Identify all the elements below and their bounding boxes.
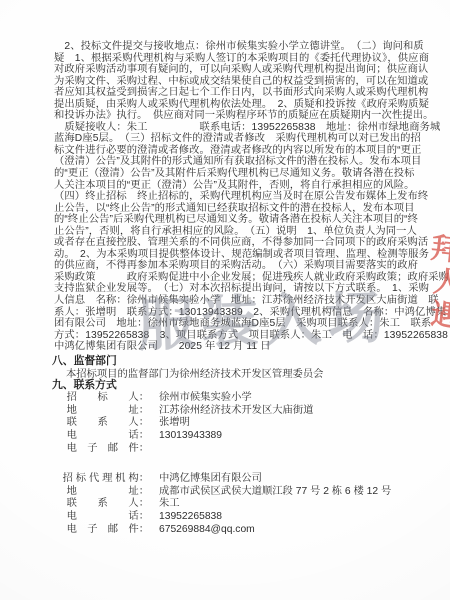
body-text-line: 动。 2、为本采购项目提供整体设计、规范编制或者项目管理、监理、检测等服务	[54, 249, 440, 261]
contact-row: 招 标 人：徐州市候集实验小学	[57, 388, 313, 401]
contact-row: 电 话：13952265838	[57, 507, 391, 520]
body-text-line: 中鸿亿博集团有限公司 2025 年 12 月 11 日	[54, 341, 440, 353]
contact-row: 地 址：成都市武侯区武侯大道顺江段 77 号 2 栋 6 楼 12 号	[57, 482, 391, 495]
scanned-document-page: 2、投标文件提交与接收地点：徐州市候集实验小学立德讲堂。 （二）询问和质疑 1、…	[0, 0, 450, 600]
body-text-line: 团有限公司 地址：徐州市绿地商务城蓝海D座5层 采购项目联系人：朱工 联系	[54, 318, 440, 330]
body-text-line: 系人：张增明 联系方式：13013943389 2、采购代理机构信息 名称：中鸿…	[54, 307, 440, 319]
contact-row: 电 话：13013943389	[57, 426, 313, 439]
body-text-line: 人关注本项目的“更正（澄清）公告”及其附件，否则，将自行承担相应的风险。	[54, 180, 440, 192]
notice-body-paragraph: 2、投标文件提交与接收地点：徐州市候集实验小学立德讲堂。 （二）询问和质疑 1、…	[54, 41, 440, 353]
body-text-line: 人信息 名称：徐州市候集实验小学 地址：江苏徐州经济技术开发区大庙街道 联	[54, 295, 440, 307]
contact-value: 675269884@qq.com	[159, 524, 255, 535]
body-text-line: 采购政策 政府采购促进中小企业发展；促进残疾人就业政府采购政策；政府采购	[54, 272, 440, 284]
body-text-line: 的“终止公告”后采购代理机构已尽通知义务。敬请各潜在投标人关注本项目的“终	[54, 214, 440, 226]
body-text-line: 的“更正（澄清）公告”及其附件后采购代理机构已尽通知义务。敬请各潜在投标	[54, 168, 440, 180]
contact-label: 电 子 邮 件：	[57, 520, 149, 535]
body-text-line: （四）终止招标 终止招标的，采购代理机构应当及时在原公告发布媒体上发布终	[54, 191, 440, 203]
body-text-line: 者应知其权益受到损害之日起七个工作日内，以书面形式向采购人或采购代理机构	[54, 87, 440, 99]
body-text-line: 标文件进行必要的澄清或者修改。澄清或者修改的内容以所发布的本项目的“更正	[54, 145, 440, 157]
body-text-line: 方式：13952265838 3、项目联系方式 项目联系人：朱工 电 话：139…	[54, 330, 440, 342]
agency-contact-block: 招 标 代 理 机 构：中鸿亿博集团有限公司地 址：成都市武侯区武侯大道顺江段 …	[57, 469, 391, 532]
contact-row: 电 子 邮 件：675269884@qq.com	[57, 520, 391, 533]
body-text-line: 支持监狱企业发展等。 （七）对本次招标提出询问，请按以下方式联系。 1、采购	[54, 283, 440, 295]
body-text-line: 止公告”，否则，将自行承担相应的风险。 （五）说明 1、单位负责人为同一人	[54, 226, 440, 238]
body-text-line: （澄清）公告”及其附件的形式通知所有获取招标文件的潜在投标人。发布本项目	[54, 156, 440, 168]
body-text-line: 或者存在直接控股、管理关系的不同供应商，不得参加同一合同项下的政府采购活	[54, 237, 440, 249]
body-text-line: 提出质疑，由采购人或采购代理机构依法处理。 2、质疑和投诉按《政府采购质疑	[54, 99, 440, 111]
body-text-line: 止公告，以“终止公告”的形式通知已经获取招标文件的潜在投标人，发布本项目	[54, 203, 440, 215]
body-text-line: 蓝海D座5层。 （三）招标文件的澄清或者修改 采购代理机构可以对已发出的招	[54, 133, 440, 145]
body-text-line: 的供应商，不得再参加本采购项目的采购活动。 （六）采购项目需要落实的政府	[54, 260, 440, 272]
body-text-line: 为采购文件、采购过程、中标或成交结果使自己的权益受到损害的，可以在知道或	[54, 76, 440, 88]
contact-label: 电 子 邮 件：	[57, 439, 149, 454]
body-text-line: 2、投标文件提交与接收地点：徐州市候集实验小学立德讲堂。 （二）询问和质	[54, 41, 440, 53]
contact-row: 地 址：江苏徐州经济技术开发区大庙街道	[57, 401, 313, 414]
body-text-line: 对政府采购活动事项有疑问的，可以向采购人或采购代理机构提出询问；供应商认	[54, 64, 440, 76]
bidder-contact-block: 招 标 人：徐州市候集实验小学地 址：江苏徐州经济技术开发区大庙街道联 系 人：…	[57, 388, 313, 451]
body-text-line: 疑 1、根据采购代理机构与采购人签订的本采购项目的《委托代理协议》，供应商	[54, 53, 440, 65]
contact-value: 成都市武侯区武侯大道顺江段 77 号 2 栋 6 楼 12 号	[159, 486, 391, 497]
body-text-line: 和投诉办法》执行。 供应商对同一采购程序环节的质疑应在质疑期内一次性提出。	[54, 110, 440, 122]
body-text-line: 质疑接收人：朱工 联系电话：13952265838 地址：徐州市绿地商务城	[54, 122, 440, 134]
contact-row: 招 标 代 理 机 构：中鸿亿博集团有限公司	[57, 469, 391, 482]
contact-value: 13013943389	[159, 430, 222, 441]
